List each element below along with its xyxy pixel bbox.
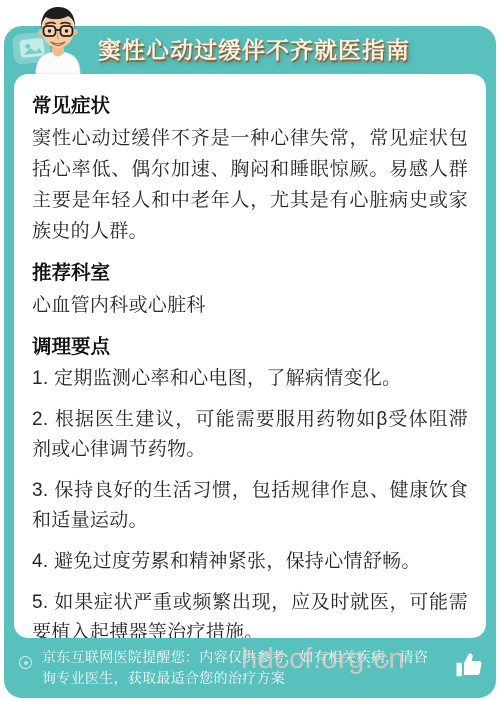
thumbs-up-icon[interactable] xyxy=(454,650,484,680)
section-heading-care: 调理要点 xyxy=(32,331,468,359)
care-item-1: 1. 定期监测心率和心电图，了解病情变化。 xyxy=(32,364,468,394)
section-heading-symptoms: 常见症状 xyxy=(32,90,468,118)
section-heading-department: 推荐科室 xyxy=(32,257,468,285)
info-circle-icon xyxy=(19,656,32,669)
care-item-3: 3. 保持良好的生活习惯，包括规律作息、健康饮食和适量运动。 xyxy=(32,476,468,536)
page-title: 窦性心动过缓伴不齐就医指南 xyxy=(98,26,410,74)
care-item-5: 5. 如果症状严重或频繁出现，应及时就医，可能需要植入起搏器等治疗措施。 xyxy=(32,588,468,638)
doctor-avatar xyxy=(26,4,90,74)
care-item-2: 2. 根据医生建议，可能需要服用药物如β受体阻滞剂或心律调节药物。 xyxy=(32,405,468,465)
watermark: hdccf.org.cn xyxy=(241,643,405,676)
content-card: 常见症状 窦性心动过缓伴不齐是一种心律失常，常见症状包括心率低、偶尔加速、胸闷和… xyxy=(14,74,486,638)
teal-frame: 窦性心动过缓伴不齐就医指南 常见症状 窦性心动过缓伴不齐是一种心律失常，常见症状… xyxy=(4,26,496,698)
symptoms-text: 窦性心动过缓伴不齐是一种心律失常，常见症状包括心率低、偶尔加速、胸闷和睡眠惊厥。… xyxy=(32,123,468,247)
care-item-4: 4. 避免过度劳累和精神紧张，保持心情舒畅。 xyxy=(32,547,468,577)
department-text: 心血管内科或心脏科 xyxy=(32,290,468,321)
